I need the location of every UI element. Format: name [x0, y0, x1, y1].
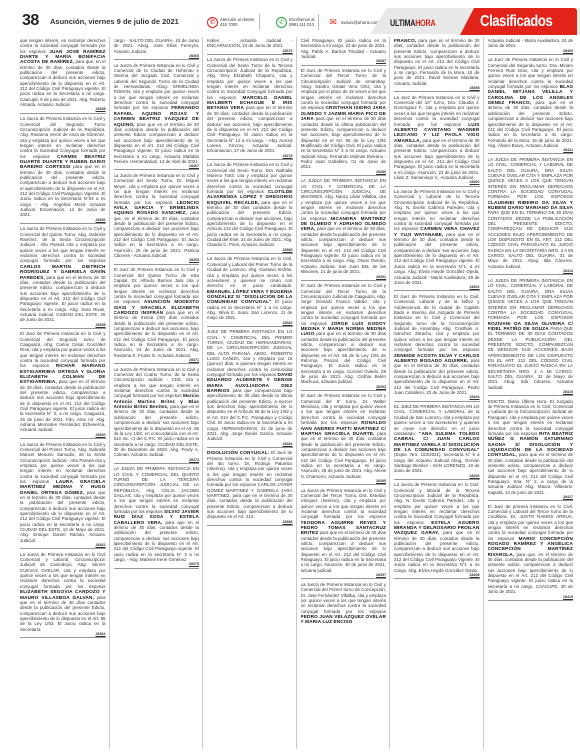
notice-body-continued: para que en el término de 30 días, conta…	[394, 358, 480, 395]
notice-body-continued: para que en el término de 30 días, conta…	[20, 275, 106, 323]
legal-notice: El Juez de Primera Instancia en lo Civil…	[20, 330, 106, 439]
legal-notice: El Juez de Primera Instancia en lo Civil…	[301, 67, 387, 176]
notice-code: 28364	[20, 632, 106, 636]
notice-code: 28378	[207, 154, 293, 158]
phone-icon: ✆	[207, 17, 218, 28]
notice-body-continued: para que en el término de 30 días, conta…	[394, 530, 480, 572]
notice-body: La Jueza de Primera Instancia en lo Civi…	[20, 552, 106, 589]
column-6: Actuaria Judicial - María Auxiliadora, 2…	[488, 37, 577, 749]
publication-date: Asunción, viernes 9 de julio de 2021	[50, 17, 179, 26]
notice-code: 28376	[207, 49, 293, 53]
notice-body: La Jueza de Primera Instancia en lo Civi…	[301, 582, 387, 614]
notice-body: LA JUEZA DE PRIMERA INSTANCIA EN LO CIVI…	[488, 157, 574, 199]
notice-code: 28365	[114, 54, 200, 58]
notice-body: El Juez de Primera Instancia en lo Civil…	[301, 283, 387, 325]
notice-code: 28371	[114, 358, 200, 362]
notice-code: 28411	[488, 148, 574, 152]
notice-code: 28367	[114, 164, 200, 168]
notice-code: 28360	[20, 433, 106, 437]
legal-notice: que tengan interés, en reclamar derechos…	[20, 37, 106, 114]
notice-body: LA JUEZA DE PRIMERA INSTANCIA EN LO CIVI…	[114, 466, 200, 514]
legal-notice: La Jueza de Primera Instancia en lo Civi…	[207, 255, 293, 326]
notice-body-continued: para que en el término de 30 días, conta…	[394, 138, 480, 180]
notice-body-continued: para que en el término de 30 días contad…	[301, 331, 387, 384]
notice-body-continued: para que en el término de 30 días, conta…	[488, 100, 574, 148]
notice-body-continued: para que en el término de 30 días, conta…	[114, 520, 200, 562]
notice-code: 28417	[488, 495, 574, 499]
notice-body-continued: para que en el término de 30 días, conta…	[301, 226, 387, 274]
notice-code: 28395	[301, 479, 387, 483]
notice-code: 28415	[488, 390, 574, 394]
notice-body: cargo - SALTO DEL GUAIRA, 10 de Junio de…	[114, 38, 200, 54]
notice-body: La Jueza de Primera Instancia en lo Civi…	[394, 482, 480, 524]
legal-notice: La Jueza de Primera Instancia en lo Civi…	[114, 172, 200, 265]
notice-code: 28408	[394, 573, 480, 577]
legal-notice: La Jueza de Primera Instancia en lo Civi…	[20, 115, 106, 224]
legal-notice: El Juez de Primera Instancia en lo Civil…	[301, 392, 387, 485]
legal-notice: El Juez de Primera Instancia en lo Civil…	[114, 266, 200, 364]
notice-code: 28356	[20, 218, 106, 222]
notice-parties: FRANCO,	[394, 38, 416, 43]
notice-body: La Jueza de Primera Instancia en lo Civi…	[20, 442, 106, 484]
notice-body-continued: para que en el término de 30 días contad…	[207, 200, 293, 248]
notice-body: La Jueza de Primera Instancia en lo Civi…	[301, 488, 387, 520]
legal-notice: EL JUEZ DE PRIMERA INSTANCIA EN LO CIVIL…	[394, 403, 480, 480]
notice-body: Actuaria Judicial - María Auxiliadora, 2…	[488, 38, 574, 48]
notice-body-continued: para que, en el término de 30 días, cont…	[114, 210, 200, 258]
notice-body: El Juez de Primera Instancia en lo Civil…	[394, 294, 480, 352]
legal-notice: La Juez de Primera Instancia en lo Civil…	[488, 56, 574, 154]
notice-body-continued: para que en el término de 30 días, conta…	[207, 105, 293, 153]
notice-code: 28409	[488, 49, 574, 53]
legal-notice: FRANCO, para que en el término de 30 día…	[394, 37, 480, 92]
ultimahora-logo: ULTIMAHORA	[390, 18, 435, 28]
notice-body: Kollen - Actuaria Judicial - ENCARNACIÓN…	[207, 38, 293, 48]
notice-body-continued: para que en el término de 30 días, conta…	[114, 404, 200, 457]
legal-notice: LA JUEZA DE PRIMERA INSTANCIA EN LO CIVI…	[114, 465, 200, 568]
notice-code: 28373	[114, 458, 200, 462]
notice-body-continued: para que en el término de 30 días, conta…	[20, 164, 106, 217]
legal-notice: DISOLUCIÓN CONYUGAL: El Juez de Primera …	[207, 449, 293, 526]
notice-body: La Jueza de Primera Instancia en lo Civi…	[207, 256, 293, 288]
page-number: 38	[22, 12, 39, 30]
legal-notice: Actuaria Judicial - María Auxiliadora, 2…	[488, 37, 574, 55]
legal-notice: La Jueza de Primera Instancia en lo Civi…	[207, 161, 293, 254]
notice-code: 28358	[20, 323, 106, 327]
whatsapp-icon: ✆	[276, 17, 287, 28]
notice-body-continued: para que en el término de 30 días, conta…	[394, 232, 480, 285]
notice-code: 28391	[301, 275, 387, 279]
column-4: Civil Paraguayo. El juicio radica en la …	[301, 37, 391, 749]
notice-body-continued: para que comparezcan bajo apercibimiento…	[207, 388, 293, 441]
whatsapp-contact[interactable]: ✆ Escríbenos al 0981 111 013	[276, 14, 319, 30]
column-1: que tengan interés, en reclamar derechos…	[20, 37, 110, 749]
legal-notice: LA JUEZA DE PRIMERA INSTANCIA EN LO CIVI…	[488, 156, 574, 275]
notice-body-continued: para que, en el término de 30 días, cont…	[488, 552, 574, 594]
notice-parties: PEDRO JUAN VELÁZQUEZ OVELAR Y MARIA LUZ …	[301, 614, 387, 624]
legal-notice: La Jueza de Primera Instancia en lo Civi…	[394, 481, 480, 579]
notice-body-continued: para que en el término de 30 días contad…	[301, 116, 387, 169]
legal-notice: La Jueza de Primera Instancia en lo Civi…	[394, 188, 480, 291]
legal-notice: La Juez de Primera Instancia en lo Civil…	[394, 94, 480, 187]
notice-body: La Jueza de Primera Instancia en lo Civi…	[114, 63, 200, 111]
legal-notice: LA JUEZA DE PRIMERA INSTANCIA EN LO CIVI…	[301, 177, 387, 280]
contact-value: 0981 111 013	[289, 22, 314, 27]
notice-body: El Juez de Primera Instancia en lo Civil…	[301, 68, 387, 110]
notice-code: 28402	[394, 285, 480, 289]
notice-code: 28387	[301, 59, 387, 63]
contact-value: 415 7000	[220, 22, 237, 27]
notice-body: La Jueza de Primera Instancia en lo Civi…	[20, 226, 106, 263]
legal-notice: La Jueza de Primera Instancia en lo Civi…	[207, 56, 293, 159]
legal-notice: LA JUEZA DE PRIMERA INSTANCIA EN LO CIVI…	[488, 277, 574, 396]
legal-notice: JUEZ DE PRIMERA INSTANCIA EN LO CIVIL Y …	[207, 328, 293, 447]
notice-body: La Jueza de Primera Instancia en lo Civi…	[394, 189, 480, 231]
customer-service-contact[interactable]: ✆ Atención al cliente: 415 7000	[207, 14, 260, 30]
classifieds-columns: que tengan interés, en reclamar derechos…	[20, 37, 576, 749]
column-3: Kollen - Actuaria Judicial - ENCARNACIÓN…	[207, 37, 297, 749]
notice-parties: CLAUDINEI RIBEIRO DA SILVA Y RUBENI DARI…	[488, 200, 574, 210]
notice-body-continued: PARA QUE EL TÉRMINO DE 30 DÍAS CONTADOS …	[488, 326, 574, 390]
notice-code: 28308	[20, 107, 106, 111]
legal-notice: El Juez de Primera Instancia en lo Civil…	[301, 282, 387, 391]
notice-code: 28404	[394, 395, 480, 399]
legal-notice: La Jueza de Primera Instancia en lo Civi…	[20, 441, 106, 550]
legal-notice: La Jueza de Primera Instancia en lo Civi…	[114, 62, 200, 171]
legal-notice: La Jueza de Primera Instancia en lo Civi…	[114, 366, 200, 464]
notice-body-continued: para que en el término de 30 días contad…	[301, 530, 387, 572]
notice-code: 28397	[301, 573, 387, 577]
legal-notice: cargo - SALTO DEL GUAIRA, 10 de Junio de…	[114, 37, 200, 60]
notice-parties: ZENEIDE ACOSTA SILVA Y CARLOS ALBERTO BO…	[394, 353, 480, 363]
legal-notice: El Juez de Primera Instancia en lo Civil…	[394, 293, 480, 402]
legal-notice: La Jueza de Primera Instancia en lo Civi…	[20, 551, 106, 638]
notice-body-continued: (Expte. Nro. 153/2021), secretaría N° 5 …	[394, 452, 480, 473]
notice-code: 28393	[301, 385, 387, 389]
legal-notice: EDICTO. Diario Última Hora. El Juzgado d…	[488, 398, 574, 501]
notice-code: 28398	[394, 86, 480, 90]
notice-body: LA JUEZA DE PRIMERA INSTANCIA EN LO CIVI…	[488, 278, 574, 320]
notice-body-continued: para que en el término de 30 días, conta…	[394, 38, 480, 86]
notice-code: 28362	[20, 543, 106, 547]
notice-body-continued: PARA QUE EN EL TÉRMINO DE 30 DÍAS CONTAD…	[488, 210, 574, 268]
legal-notice: Kollen - Actuaria Judicial - ENCARNACIÓN…	[207, 37, 293, 55]
notice-code: 28386	[207, 520, 293, 524]
page-header: 38 Asunción, viernes 9 de julio de 2021 …	[0, 0, 580, 34]
legal-notice: La Jueza de Primera Instancia en lo Civi…	[20, 225, 106, 328]
notice-code: 28413	[488, 269, 574, 273]
notice-code: 28369	[114, 258, 200, 262]
notice-code: 28419	[488, 595, 574, 599]
notice-body: La Juez de Primera Instancia en lo Civil…	[394, 95, 480, 127]
notice-body-continued: para que en el término de treinta (30) d…	[114, 310, 200, 358]
notice-body: JUEZ DE PRIMERA INSTANCIA EN LO CIVIL Y …	[207, 329, 293, 377]
notice-body-continued: para que en el término de 30 días, conta…	[301, 431, 387, 479]
notice-body-continued: El Juez de Primera Instancia en lo Civil…	[207, 450, 293, 519]
notice-code: 28384	[207, 442, 293, 446]
section-title: Clasificados	[480, 13, 552, 31]
envelope-icon: ✉	[327, 17, 339, 28]
notice-body-continued: para que en el término de 30 días, conta…	[20, 490, 106, 543]
notice-code: 28380	[207, 248, 293, 252]
notice-body: LA JUEZA DE PRIMERA INSTANCIA EN LO CIVI…	[301, 178, 387, 220]
legal-notice: La Jueza de Primera Instancia en lo Civi…	[301, 581, 387, 626]
notice-code: 28382	[207, 321, 293, 325]
notice-body: La Jueza de Primera Instancia en lo Civi…	[20, 116, 106, 158]
notice-body-continued: para que en el término de 30 días contad…	[114, 122, 200, 164]
notice-code: 28400	[394, 180, 480, 184]
notice-body-continued: para que, en el término de 30 días, cont…	[20, 59, 106, 107]
notice-code: 28375	[114, 562, 200, 566]
column-5: FRANCO, para que en el término de 30 día…	[394, 37, 484, 749]
notice-parties: DISOLUCIÓN CONYUGAL:	[207, 450, 269, 455]
notice-body-continued: para que en el término de 30 días contad…	[20, 595, 106, 632]
notice-body: Civil Paraguayo. El juicio radica en la …	[301, 38, 387, 59]
column-2: cargo - SALTO DEL GUAIRA, 10 de Junio de…	[114, 37, 204, 749]
notice-code: 28389	[301, 170, 387, 174]
notice-body: La Jueza de Primera Instancia en lo Civi…	[207, 57, 293, 99]
legal-notice: El Juez de primera instancia en lo Civil…	[488, 503, 574, 601]
notice-body-continued: para que en el término de 30 días, conta…	[488, 452, 574, 494]
notice-body-continued: para que en el término de 30 días, conta…	[20, 379, 106, 432]
legal-notice: La Jueza de Primera Instancia en lo Civi…	[301, 487, 387, 580]
notice-code: 28406	[394, 474, 480, 478]
legal-notice: Civil Paraguayo. El juicio radica en la …	[301, 37, 387, 66]
notice-parties: ELIZABETH SEGOVIA CARDOZO Y MAURO VILLAS…	[20, 589, 106, 599]
